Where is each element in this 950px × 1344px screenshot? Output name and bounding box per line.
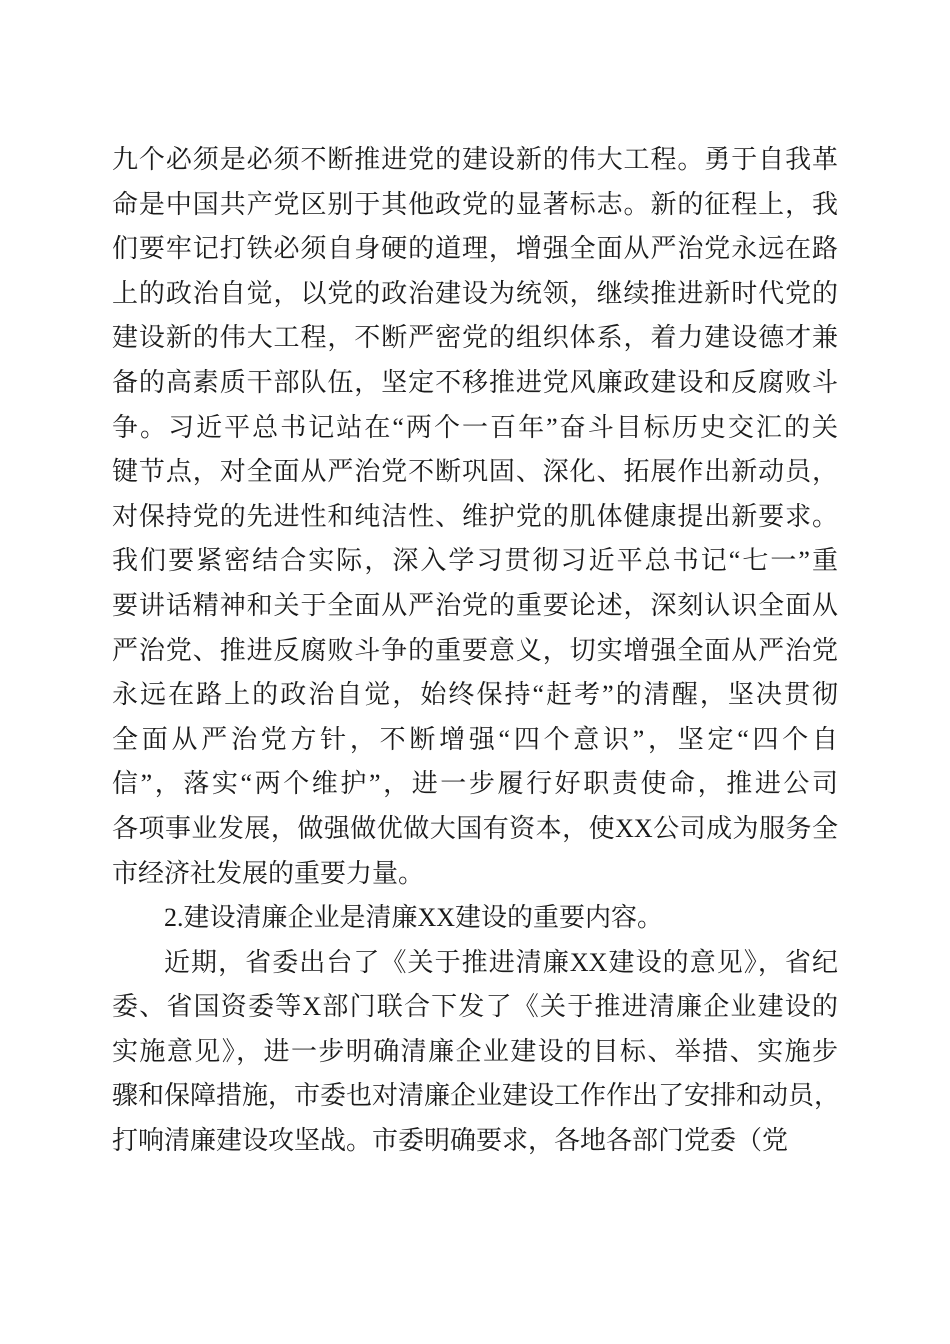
text-line: 2.建设清廉企业是清廉XX建设的重要内容。 [112,896,838,941]
text-line: 争。习近平总书记站在“两个一百年”奋斗目标历史交汇的关 [112,406,838,451]
text-line: 上的政治自觉，以党的政治建设为统领，继续推进新时代党的 [112,272,838,317]
text-line: 市经济社发展的重要力量。 [112,852,838,897]
document-page: 九个必须是必须不断推进党的建设新的伟大工程。勇于自我革命是中国共产党区别于其他政… [0,0,950,1344]
text-line: 骤和保障措施，市委也对清廉企业建设工作作出了安排和动员， [112,1074,838,1119]
text-line: 委、省国资委等X部门联合下发了《关于推进清廉企业建设的 [112,985,838,1030]
text-line: 键节点，对全面从严治党不断巩固、深化、拓展作出新动员， [112,450,838,495]
text-line: 打响清廉建设攻坚战。市委明确要求，各地各部门党委（党 [112,1119,838,1164]
text-line: 命是中国共产党区别于其他政党的显著标志。新的征程上，我 [112,183,838,228]
text-line: 各项事业发展，做强做优做大国有资本，使XX公司成为服务全 [112,807,838,852]
text-line: 九个必须是必须不断推进党的建设新的伟大工程。勇于自我革 [112,138,838,183]
text-line: 严治党、推进反腐败斗争的重要意义，切实增强全面从严治党 [112,629,838,674]
text-line: 永远在路上的政治自觉，始终保持“赶考”的清醒，坚决贯彻 [112,673,838,718]
text-line: 建设新的伟大工程，不断严密党的组织体系，着力建设德才兼 [112,316,838,361]
text-line: 对保持党的先进性和纯洁性、维护党的肌体健康提出新要求。 [112,495,838,540]
text-line: 全面从严治党方针，不断增强“四个意识”，坚定“四个自 [112,718,838,763]
text-line: 要讲话精神和关于全面从严治党的重要论述，深刻认识全面从 [112,584,838,629]
document-body: 九个必须是必须不断推进党的建设新的伟大工程。勇于自我革命是中国共产党区别于其他政… [112,138,838,1164]
text-line: 实施意见》，进一步明确清廉企业建设的目标、举措、实施步 [112,1030,838,1075]
text-line: 们要牢记打铁必须自身硬的道理，增强全面从严治党永远在路 [112,227,838,272]
text-line: 备的高素质干部队伍，坚定不移推进党风廉政建设和反腐败斗 [112,361,838,406]
text-line: 近期，省委出台了《关于推进清廉XX建设的意见》，省纪 [112,941,838,986]
text-line: 我们要紧密结合实际，深入学习贯彻习近平总书记“七一”重 [112,539,838,584]
text-line: 信”，落实“两个维护”，进一步履行好职责使命，推进公司 [112,762,838,807]
